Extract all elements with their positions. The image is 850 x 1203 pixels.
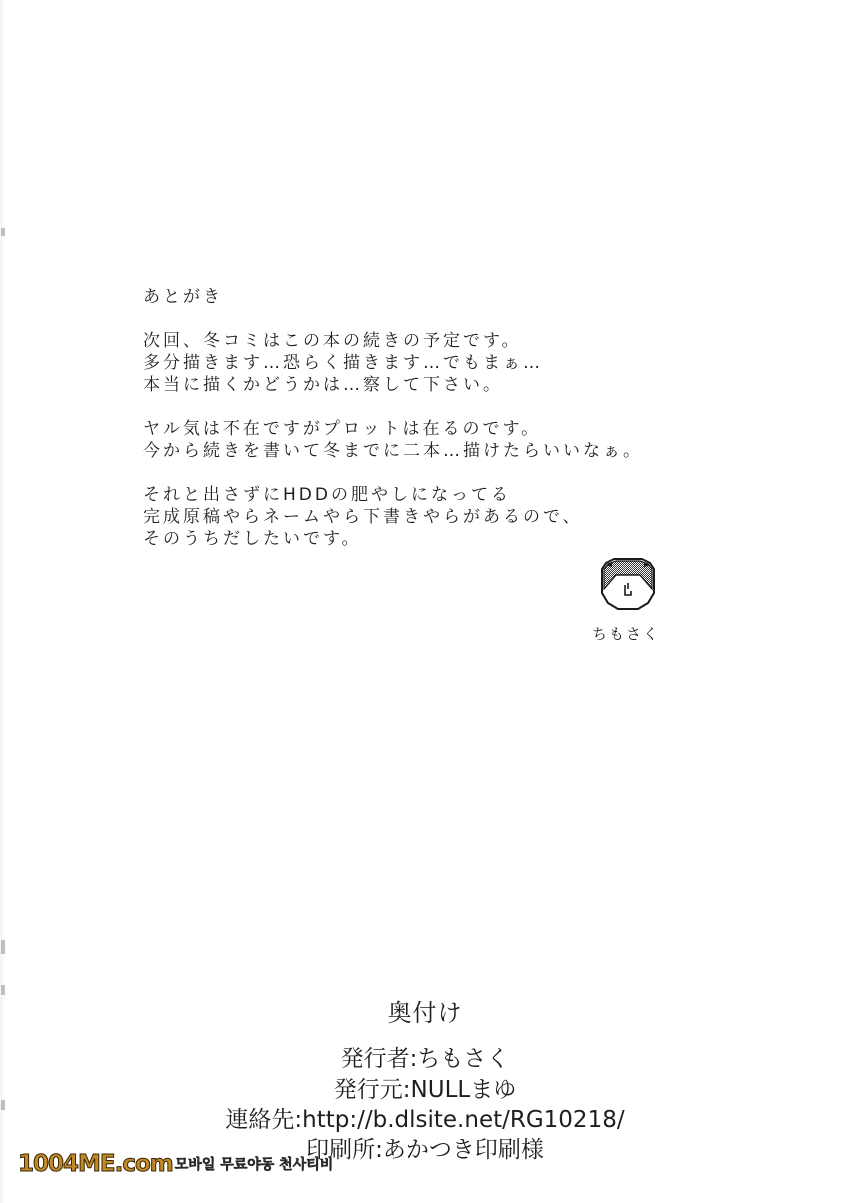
- colophon-row-circle: 発行元:NULLまゆ: [0, 1071, 850, 1104]
- afterword-line: 本当に描くかどうかは…察して下さい。: [143, 374, 643, 396]
- afterword-line: ヤル気は不在ですがプロットは在るのです。: [143, 418, 643, 440]
- site-watermark: 1004ME.com 모바일 무료야동 천사티비: [18, 1151, 333, 1177]
- colophon-row-contact: 連絡先:http://b.dlsite.net/RG10218/: [0, 1101, 850, 1134]
- afterword-line: そのうちだしたいです。: [143, 528, 643, 550]
- afterword-line: 今から続きを書いて冬までに二本…描けたらいいなぁ。: [143, 440, 643, 462]
- afterword-paragraph: ヤル気は不在ですがプロットは在るのです。 今から続きを書いて冬までに二本…描けた…: [143, 418, 643, 462]
- afterword-section: あとがき 次回、冬コミはこの本の続きの予定です。 多分描きます…恐らく描きます……: [143, 286, 643, 572]
- colophon-value: ちもさく: [417, 1046, 509, 1072]
- colophon-value: あかつき印刷様: [383, 1137, 544, 1163]
- scan-artifact: [1, 940, 5, 954]
- colophon-value: NULLまゆ: [411, 1077, 517, 1103]
- colophon-contact-url[interactable]: http://b.dlsite.net/RG10218/: [302, 1107, 624, 1133]
- afterword-paragraph: それと出さずにHDDの肥やしになってる 完成原稿やらネームやら下書きやらがあるの…: [143, 484, 643, 550]
- afterword-line: 次回、冬コミはこの本の続きの予定です。: [143, 330, 643, 352]
- colophon-separator: :: [375, 1137, 383, 1163]
- watermark-brand: 1004ME.com: [18, 1151, 173, 1177]
- colophon-separator: :: [294, 1107, 302, 1133]
- afterword-line: それと出さずにHDDの肥やしになってる: [143, 484, 643, 506]
- afterword-heading: あとがき: [143, 286, 643, 308]
- colophon-title: 奥付け: [0, 993, 850, 1028]
- afterword-line: 多分描きます…恐らく描きます…でもまぁ…: [143, 352, 643, 374]
- mascot-face-icon: [598, 555, 658, 615]
- colophon-label: 発行元: [334, 1077, 403, 1103]
- colophon-separator: :: [403, 1077, 411, 1103]
- watermark-subtitle: 모바일 무료야동 천사티비: [175, 1154, 334, 1174]
- colophon-label: 連絡先: [225, 1107, 294, 1133]
- afterword-paragraph: 次回、冬コミはこの本の続きの予定です。 多分描きます…恐らく描きます…でもまぁ……: [143, 330, 643, 396]
- colophon-row-publisher: 発行者:ちもさく: [0, 1040, 850, 1073]
- author-signature: ちもさく: [588, 555, 668, 644]
- colophon-label: 発行者: [341, 1046, 410, 1072]
- scan-artifact: [1, 228, 5, 236]
- author-name: ちもさく: [584, 623, 668, 644]
- afterword-line: 完成原稿やらネームやら下書きやらがあるので、: [143, 506, 643, 528]
